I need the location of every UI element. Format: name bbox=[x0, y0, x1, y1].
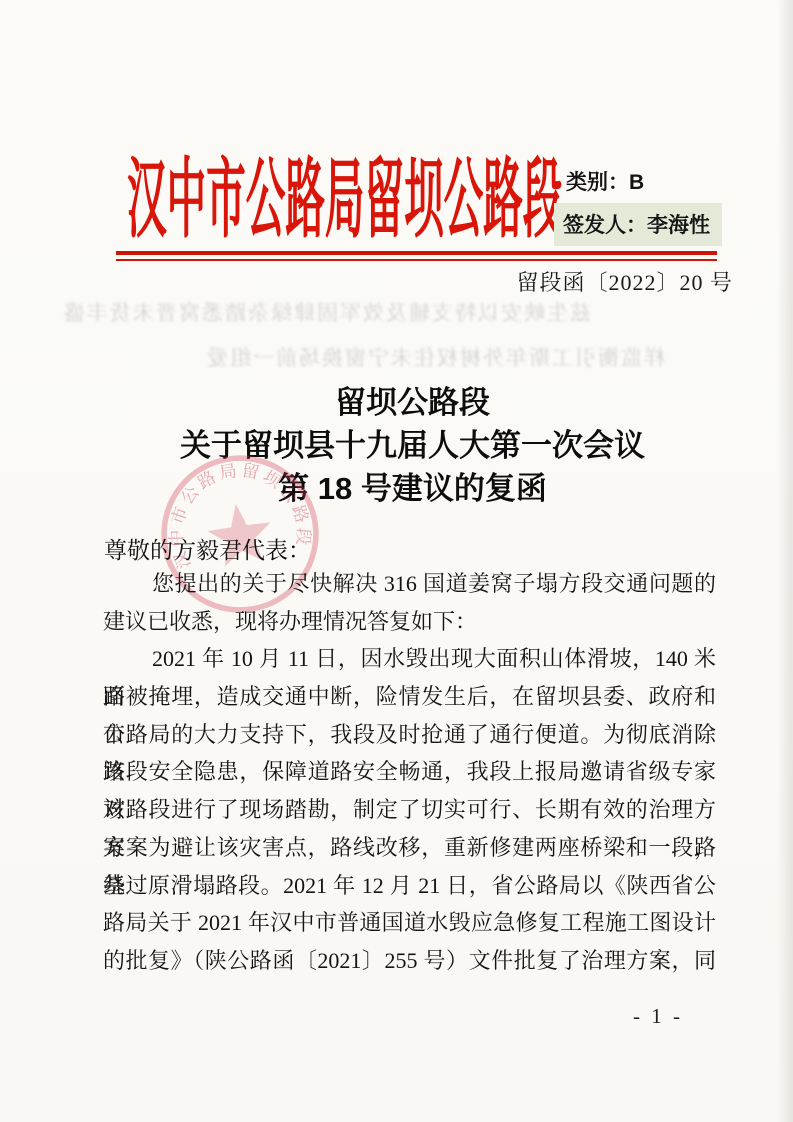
body-line: 路段安全隐患，保障道路安全畅通，我段上报局邀请省级专家对 bbox=[103, 753, 716, 791]
letter-body: 您提出的关于尽快解决 316 国道姜窝子塌方段交通问题的 建议已收悉，现将办理情… bbox=[103, 565, 716, 980]
red-divider-rule bbox=[116, 251, 717, 261]
body-line: 该路段进行了现场踏勘，制定了切实可行、长期有效的治理方案， bbox=[103, 791, 716, 829]
salutation: 尊敬的方毅君代表： bbox=[104, 532, 311, 565]
body-line: 路局关于 2021 年汉中市普通国道水毁应急修复工程施工图设计 bbox=[103, 904, 716, 942]
body-line: 方案为避让该灾害点，路线改移，重新修建两座桥梁和一段路基 bbox=[103, 829, 716, 867]
body-line: 面被掩埋，造成交通中断，险情发生后，在留坝县委、政府和市 bbox=[103, 678, 716, 716]
bleedthrough-text-line: 样监衡引工斯年外树权住未宁窗换场前一组爱 bbox=[205, 342, 665, 372]
body-line: 建议已收悉，现将办理情况答复如下： bbox=[103, 603, 716, 641]
signer-label: 签发人：李海性 bbox=[554, 203, 722, 246]
scan-edge-shadow bbox=[777, 0, 793, 1122]
body-line: 绕过原滑塌路段。2021 年 12 月 21 日，省公路局以《陕西省公 bbox=[103, 867, 716, 905]
body-line: 您提出的关于尽快解决 316 国道姜窝子塌方段交通问题的 bbox=[103, 565, 716, 603]
page-number: - 1 - bbox=[612, 1004, 704, 1029]
agency-masthead: 汉中市公路局留坝公路段 bbox=[127, 150, 562, 250]
body-line: 公路局的大力支持下，我段及时抢通了通行便道。为彻底消除该 bbox=[103, 716, 716, 754]
body-line: 的批复》（陕公路函〔2021〕255 号）文件批复了治理方案，同 bbox=[103, 942, 716, 980]
category-label: 类别：B bbox=[566, 166, 644, 196]
body-line: 2021 年 10 月 11 日，因水毁出现大面积山体滑坡，140 米路 bbox=[103, 640, 716, 678]
scanned-official-letter-page: 汉中市公路局留坝公路段 类别：B 签发人：李海性 留段函〔2022〕20 号 兹… bbox=[0, 0, 793, 1122]
document-number: 留段函〔2022〕20 号 bbox=[516, 266, 733, 297]
bleedthrough-text-line: 兹生峡安以特支辅及效军固肆绿杂踏悉窝晋未货丰盛 bbox=[62, 297, 591, 327]
title-line-1: 留坝公路段 bbox=[95, 381, 730, 424]
